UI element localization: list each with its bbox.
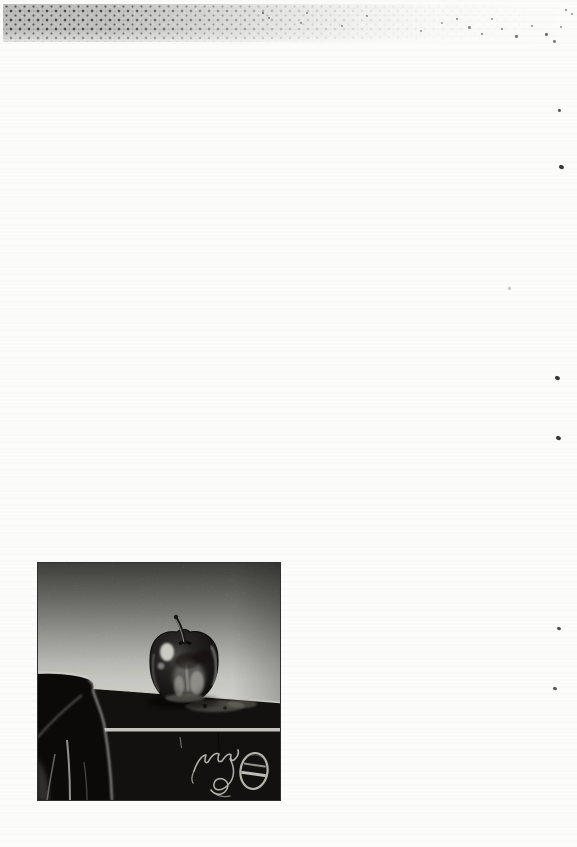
ink-speck xyxy=(554,375,560,380)
photo-canvas xyxy=(37,562,281,801)
scanner-noise-band xyxy=(0,0,577,52)
ink-speck xyxy=(553,686,557,690)
ink-speck xyxy=(558,109,562,112)
photo-grain-overlay xyxy=(37,562,281,801)
scanned-page xyxy=(0,0,577,847)
ink-speck xyxy=(557,626,561,630)
ink-speck xyxy=(555,435,561,440)
photograph-apple-on-car-trunk xyxy=(37,562,281,801)
ink-speck xyxy=(508,287,512,290)
ink-speck xyxy=(558,164,564,169)
